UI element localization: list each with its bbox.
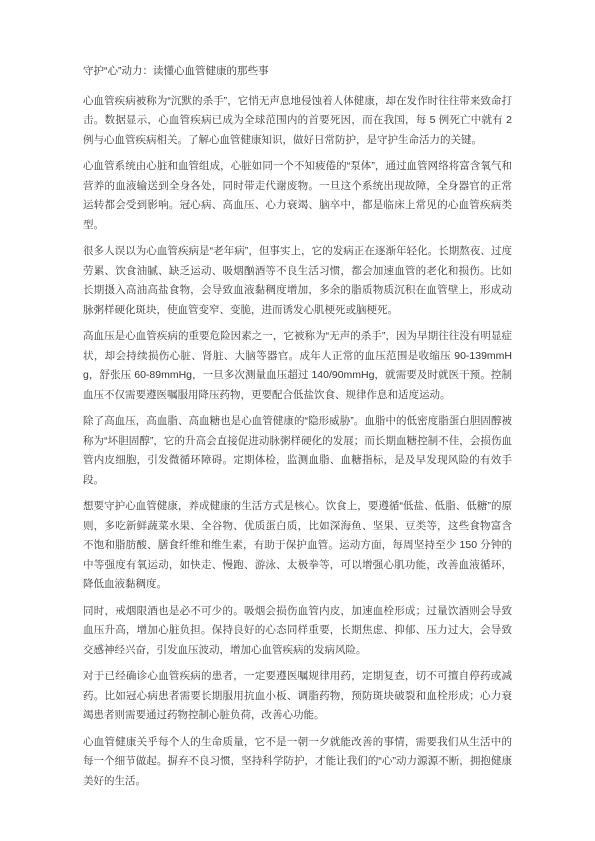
paragraph-patient-medication: 对于已经确诊心血管疾病的患者，一定要遵医嘱规律用药，定期复查，切不可擅自停药或减… [83,667,512,726]
paragraph-smoking-alcohol-mood: 同时，戒烟限酒也是必不可少的。吸烟会损伤血管内皮，加速血栓形成；过量饮酒则会导致… [83,602,512,661]
document-page: 守护“心”动力：读懂心血管健康的那些事 心血管疾病被称为“沉默的杀手”，它悄无声… [0,0,595,841]
paragraph-lipids-glucose: 除了高血压，高血脂、高血糖也是心血管健康的“隐形威胁”。血脂中的低密度脂蛋白胆固… [83,412,512,490]
document-title: 守护“心”动力：读懂心血管健康的那些事 [83,62,512,82]
paragraph-younger-onset: 很多人误以为心血管疾病是“老年病”，但事实上，它的发病正在逐渐年轻化。长期熬夜、… [83,242,512,320]
paragraph-cardiovascular-system: 心血管系统由心脏和血管组成，心脏如同一个不知疲倦的“泵体”，通过血管网络将富含氧… [83,157,512,235]
paragraph-hypertension: 高血压是心血管疾病的重要危险因素之一，它被称为“无声的杀手”，因为早期往往没有明… [83,327,512,405]
paragraph-intro: 心血管疾病被称为“沉默的杀手”，它悄无声息地侵蚀着人体健康，却在发作时往往带来致… [83,92,512,151]
paragraph-conclusion: 心血管健康关乎每个人的生命质量，它不是一朝一夕就能改善的事情，需要我们从生活中的… [83,733,512,792]
paragraph-lifestyle: 想要守护心血管健康，养成健康的生活方式是核心。饮食上，要遵循“低盐、低脂、低糖”… [83,497,512,595]
